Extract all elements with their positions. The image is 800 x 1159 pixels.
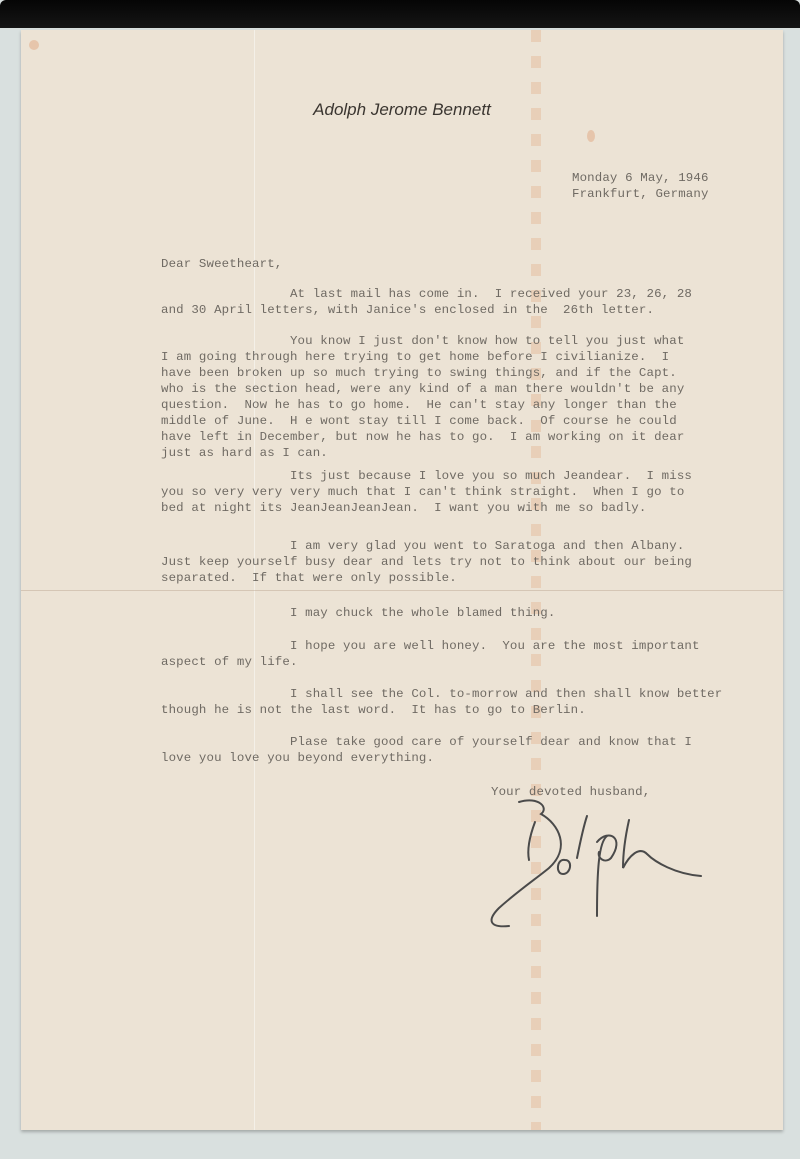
date: Monday 6 May, 1946 xyxy=(572,171,709,185)
paragraph: Its just because I love you so much Jean… xyxy=(161,468,692,516)
stain-spot xyxy=(29,40,39,50)
paragraph: I shall see the Col. to-morrow and then … xyxy=(161,686,722,718)
place: Frankfurt, Germany xyxy=(572,187,709,201)
paragraph: Plase take good care of yourself dear an… xyxy=(161,734,692,766)
stain-spot xyxy=(587,130,595,142)
paragraph: You know I just don't know how to tell y… xyxy=(161,333,684,461)
letter-paper: Adolph Jerome Bennett Monday 6 May, 1946… xyxy=(21,30,783,1130)
letterhead-name: Adolph Jerome Bennett xyxy=(21,100,783,120)
salutation: Dear Sweetheart, xyxy=(161,256,282,272)
fold-crease-horizontal xyxy=(21,590,783,591)
paragraph: I hope you are well honey. You are the m… xyxy=(161,638,700,670)
dateline: Monday 6 May, 1946 Frankfurt, Germany xyxy=(572,170,709,202)
paragraph: At last mail has come in. I received you… xyxy=(161,286,692,318)
paragraph: I am very glad you went to Saratoga and … xyxy=(161,538,692,586)
scanner-top-strip xyxy=(0,0,800,28)
signature-dolph xyxy=(479,798,719,928)
paragraph: I may chuck the whole blamed thing. xyxy=(161,605,555,621)
